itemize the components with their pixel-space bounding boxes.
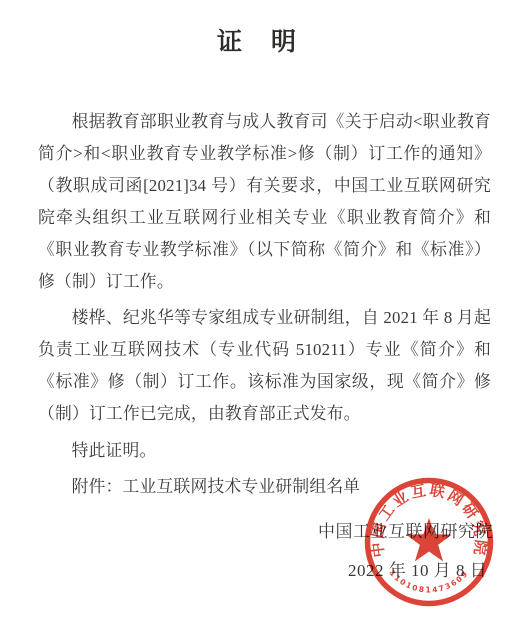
- star-icon: [406, 518, 452, 561]
- closing-statement: 特此证明。: [38, 435, 491, 467]
- official-seal: 中国工业互联网研究院 1101081473609: [362, 475, 496, 609]
- seal-serial-number: 1101081473609: [388, 568, 471, 594]
- paragraph-background: 根据教育部职业教育与成人教育司《关于启动<职业教育简介>和<职业教育专业教学标准…: [38, 106, 491, 298]
- certificate-page: 证 明 根据教育部职业教育与成人教育司《关于启动<职业教育简介>和<职业教育专业…: [0, 0, 515, 618]
- paragraph-work-description: 楼桦、纪兆华等专家组成专业研制组，自 2021 年 8 月起负责工业互联网技术（…: [38, 302, 491, 430]
- document-body: 根据教育部职业教育与成人教育司《关于启动<职业教育简介>和<职业教育专业教学标准…: [38, 106, 491, 503]
- svg-text:1101081473609: 1101081473609: [388, 568, 471, 594]
- document-title: 证 明: [0, 28, 515, 58]
